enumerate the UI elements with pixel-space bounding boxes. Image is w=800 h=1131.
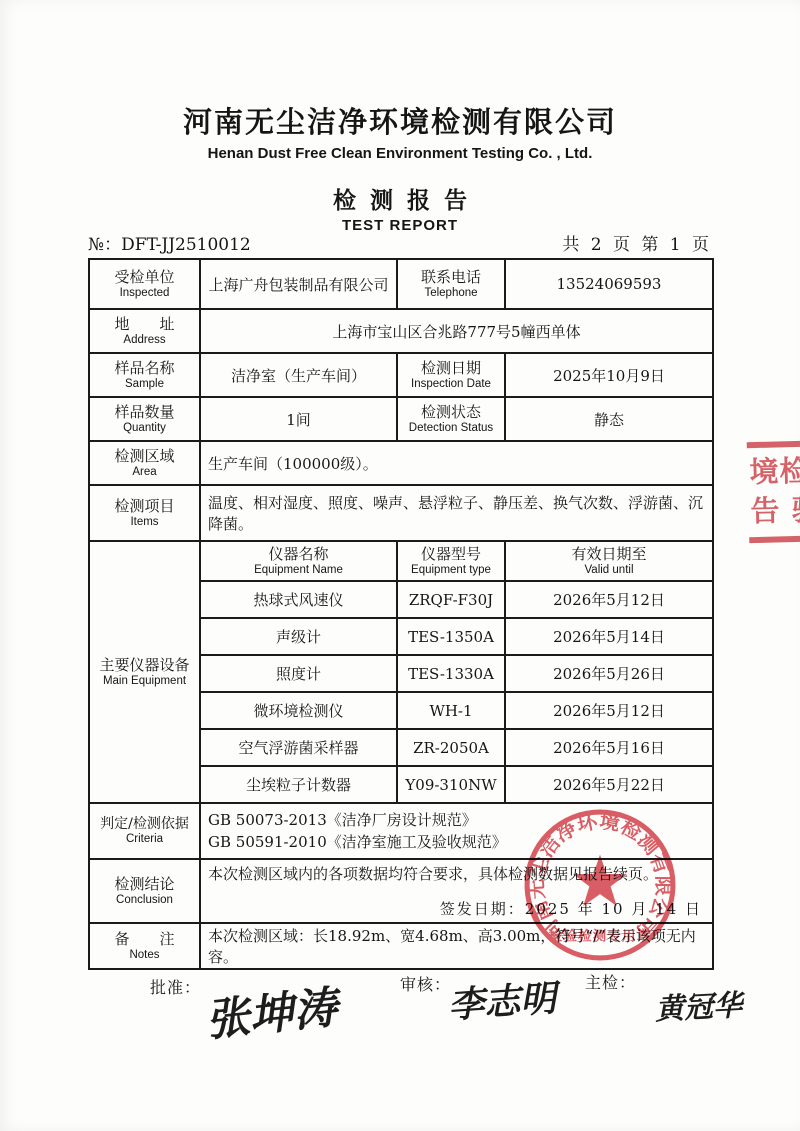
equipment-name-cell: 热球式风速仪 [200,581,397,618]
inspected-value: 上海广舟包装制品有限公司 [200,259,397,309]
table-row: 地 址 Address 上海市宝山区合兆路777号5幢西单体 [89,309,713,353]
inspection-date-label: 检测日期 Inspection Date [397,353,505,397]
equipment-name-cell: 声级计 [200,618,397,655]
equipment-valid-cell: 2026年5月14日 [505,618,713,655]
chief-label: 主检： [585,970,636,993]
report-meta-line: №：DFT-JJ2510012 共 2 页 第 1 页 [88,230,712,255]
official-seal-stamp: 河南无尘洁净环境检测有限公司 检验检测专用章 [521,806,679,964]
paging-seal-line-2: 告 验 [750,490,800,531]
equipment-type-cell: WH-1 [397,692,505,729]
seal-bottom-text: 检验检测专用章 [549,928,652,945]
approve-label: 批准： [150,975,201,998]
equipment-type-header: 仪器型号 Equipment type [397,541,505,581]
items-label: 检测项目 Items [89,485,200,541]
equipment-type-cell: TES-1350A [397,618,505,655]
equipment-name-cell: 空气浮游菌采样器 [200,729,397,766]
address-value: 上海市宝山区合兆路777号5幢西单体 [200,309,713,353]
equipment-type-cell: Y09-310NW [397,766,505,803]
equipment-type-cell: TES-1330A [397,655,505,692]
company-name-cn: 河南无尘洁净环境检测有限公司 [0,100,800,141]
review-label: 审核： [400,972,451,995]
notes-label: 备 注 Notes [89,923,200,969]
seal-star-icon [573,855,627,906]
review-signature: 李志明 [446,970,557,1028]
items-value: 温度、相对湿度、照度、噪声、悬浮粒子、静压差、换气次数、浮游菌、沉降菌。 [200,485,713,541]
test-report-page: 河南无尘洁净环境检测有限公司 Henan Dust Free Clean Env… [0,0,800,1131]
sample-value: 洁净室（生产车间） [200,353,397,397]
criteria-label: 判定/检测依据 Criteria [89,803,200,859]
equipment-valid-header: 有效日期至 Valid until [505,541,713,581]
conclusion-label: 检测结论 Conclusion [89,859,200,923]
inspection-date-value: 2025年10月9日 [505,353,713,397]
equipment-name-cell: 尘埃粒子计数器 [200,766,397,803]
table-row: 受检单位 Inspected 上海广舟包装制品有限公司 联系电话 Telepho… [89,259,713,309]
paging-seal-line-1: 境检测 [749,451,800,492]
area-label: 检测区域 Area [89,441,200,485]
company-name-en: Henan Dust Free Clean Environment Testin… [0,145,800,162]
report-header: 河南无尘洁净环境检测有限公司 Henan Dust Free Clean Env… [0,100,800,234]
equipment-name-cell: 照度计 [200,655,397,692]
page-count: 共 2 页 第 1 页 [562,230,712,255]
chief-signature: 黄冠华 [654,983,743,1028]
equipment-type-cell: ZR-2050A [397,729,505,766]
detection-status-value: 静态 [505,397,713,441]
inspected-label: 受检单位 Inspected [89,259,200,309]
equipment-valid-cell: 2026年5月16日 [505,729,713,766]
equipment-valid-cell: 2026年5月12日 [505,692,713,729]
approve-signature: 张坤涛 [202,971,340,1048]
equipment-valid-cell: 2026年5月26日 [505,655,713,692]
detection-status-label: 检测状态 Detection Status [397,397,505,441]
report-title-cn: 检测报告 [0,182,800,215]
table-row: 样品数量 Quantity 1间 检测状态 Detection Status 静… [89,397,713,441]
telephone-label: 联系电话 Telephone [397,259,505,309]
area-value: 生产车间（100000级）。 [200,441,713,485]
telephone-value: 13524069593 [505,259,713,309]
quantity-label: 样品数量 Quantity [89,397,200,441]
equipment-valid-cell: 2026年5月12日 [505,581,713,618]
table-row: 样品名称 Sample 洁净室（生产车间） 检测日期 Inspection Da… [89,353,713,397]
table-row: 检测项目 Items 温度、相对湿度、照度、噪声、悬浮粒子、静压差、换气次数、浮… [89,485,713,541]
report-number: №：DFT-JJ2510012 [88,230,251,255]
equipment-name-cell: 微环境检测仪 [200,692,397,729]
sample-label: 样品名称 Sample [89,353,200,397]
equipment-type-cell: ZRQF-F30J [397,581,505,618]
address-label: 地 址 Address [89,309,200,353]
equipment-name-header: 仪器名称 Equipment Name [200,541,397,581]
equipment-valid-cell: 2026年5月22日 [505,766,713,803]
paging-seal-stamp: 境检测 告 验 [747,440,800,544]
quantity-value: 1间 [200,397,397,441]
table-row: 检测区域 Area 生产车间（100000级）。 [89,441,713,485]
equipment-header-row: 主要仪器设备 Main Equipment 仪器名称 Equipment Nam… [89,541,713,581]
main-equipment-label: 主要仪器设备 Main Equipment [89,541,200,803]
